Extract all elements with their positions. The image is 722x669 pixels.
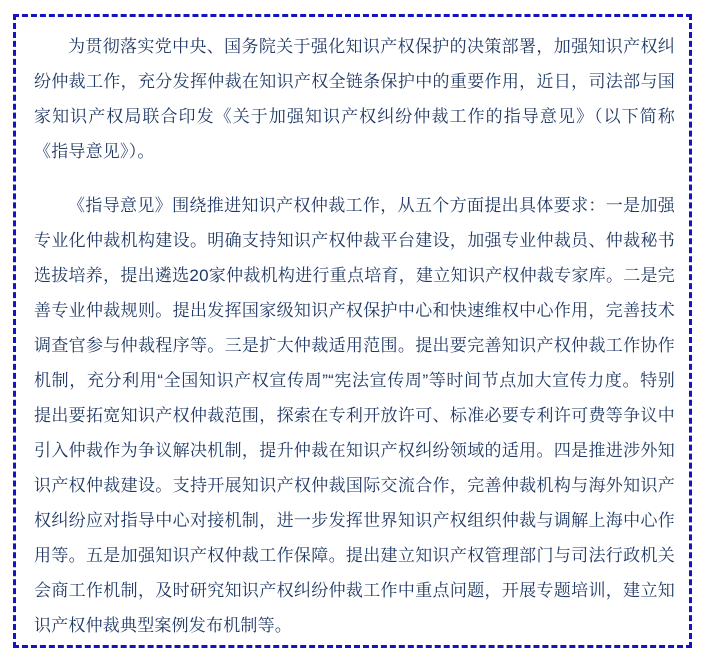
document-frame: 为贯彻落实党中央、国务院关于强化知识产权保护的决策部署，加强知识产权纠纷仲裁工作…	[13, 14, 692, 648]
paragraph-intro: 为贯彻落实党中央、国务院关于强化知识产权保护的决策部署，加强知识产权纠纷仲裁工作…	[34, 29, 675, 169]
document-body: 为贯彻落实党中央、国务院关于强化知识产权保护的决策部署，加强知识产权纠纷仲裁工作…	[34, 29, 675, 643]
paragraph-requirements: 《指导意见》围绕推进知识产权仲裁工作，从五个方面提出具体要求：一是加强专业化仲裁…	[34, 188, 675, 643]
